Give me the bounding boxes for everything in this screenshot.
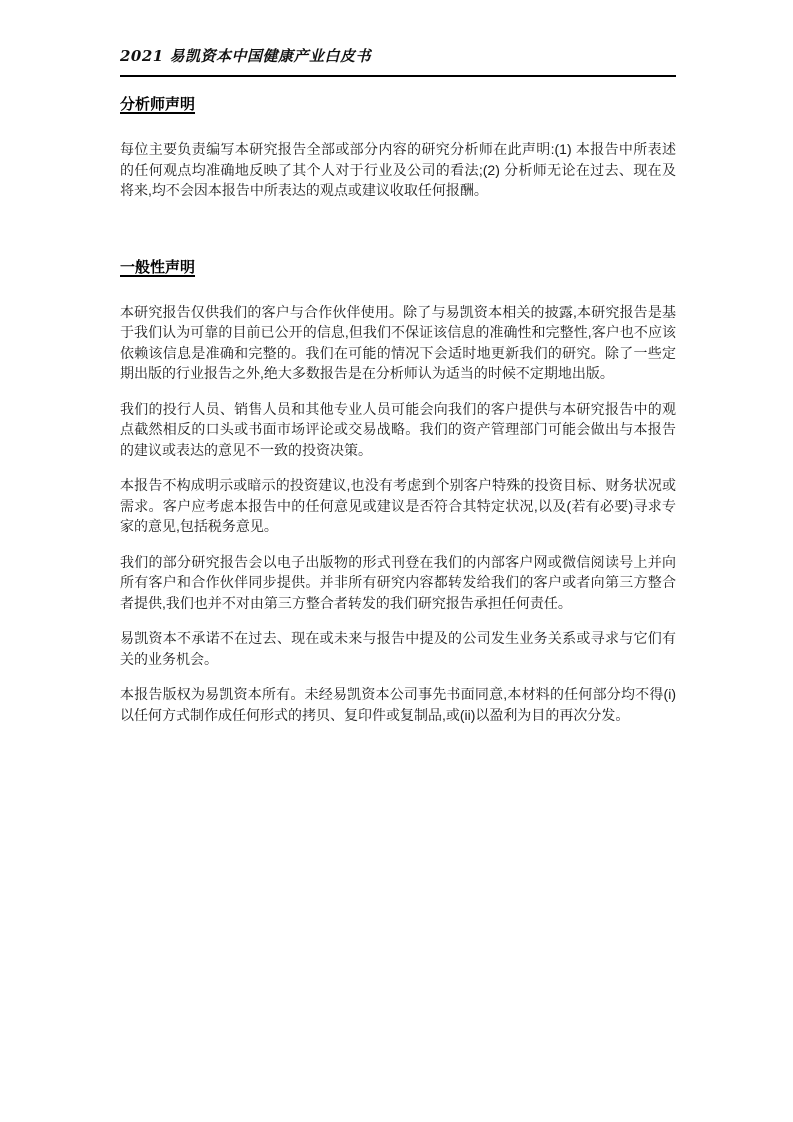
general-statement-paragraph: 我们的部分研究报告会以电子出版物的形式刊登在我们的内部客户网或微信阅读号上并向所… <box>120 552 676 614</box>
page-content: 2021 易凯资本中国健康产业白皮书 分析师声明 每位主要负责编写本研究报告全部… <box>120 47 676 725</box>
general-statement-paragraph: 易凯资本不承诺不在过去、现在或未来与报告中提及的公司发生业务关系或寻求与它们有关… <box>120 628 676 669</box>
section-heading-general-statement: 一般性声明 <box>120 258 676 277</box>
general-statement-paragraph: 本报告版权为易凯资本所有。未经易凯资本公司事先书面同意,本材料的任何部分均不得(… <box>120 684 676 725</box>
document-page: 2021 易凯资本中国健康产业白皮书 分析师声明 每位主要负责编写本研究报告全部… <box>0 0 793 1122</box>
section-heading-analyst-statement: 分析师声明 <box>120 95 676 114</box>
analyst-statement-paragraph: 每位主要负责编写本研究报告全部或部分内容的研究分析师在此声明:(1) 本报告中所… <box>120 139 676 201</box>
general-statement-paragraph: 我们的投行人员、销售人员和其他专业人员可能会向我们的客户提供与本研究报告中的观点… <box>120 399 676 461</box>
general-statement-paragraph: 本研究报告仅供我们的客户与合作伙伴使用。除了与易凯资本相关的披露,本研究报告是基… <box>120 302 676 384</box>
report-title: 2021 易凯资本中国健康产业白皮书 <box>120 47 371 65</box>
page-header: 2021 易凯资本中国健康产业白皮书 <box>120 47 676 77</box>
general-statement-paragraph: 本报告不构成明示或暗示的投资建议,也没有考虑到个别客户特殊的投资目标、财务状况或… <box>120 475 676 537</box>
